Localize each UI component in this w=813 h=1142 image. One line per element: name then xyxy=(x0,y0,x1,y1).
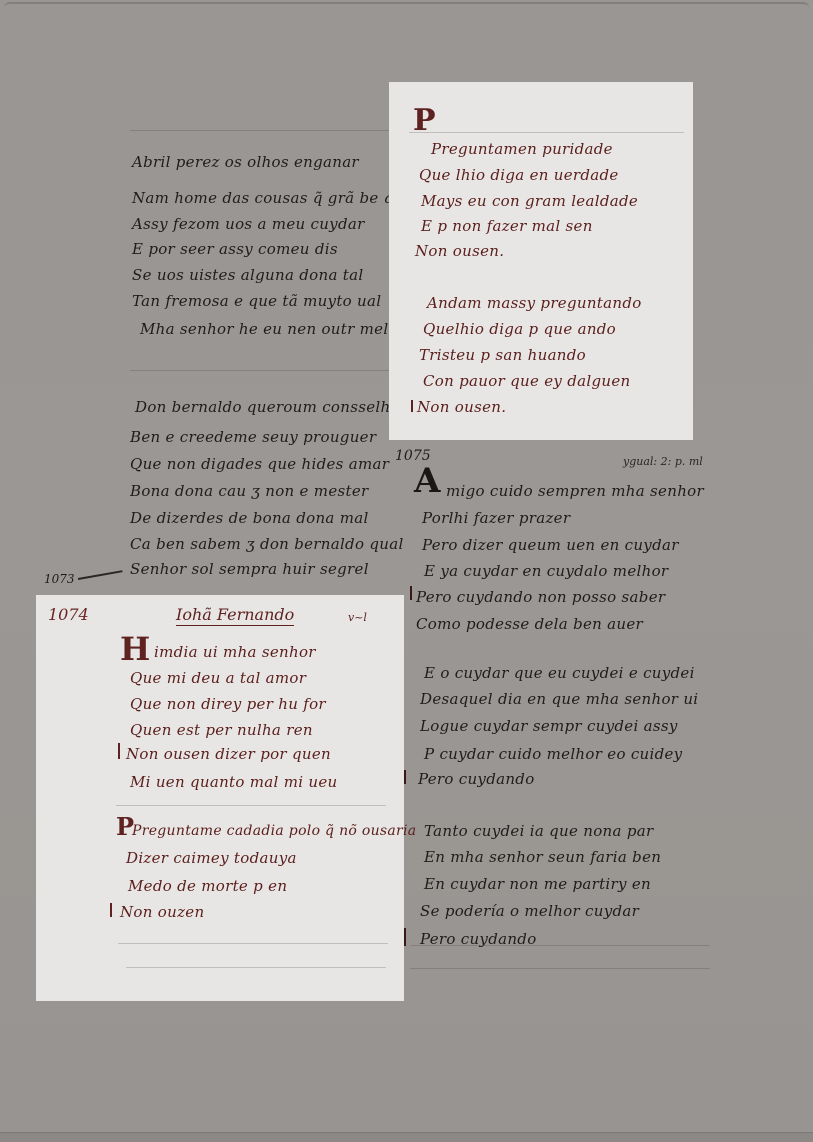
verse-line: Logue cuydar sempr cuydei assy xyxy=(420,717,678,735)
verse-line: Porlhi fazer prazer xyxy=(422,509,570,527)
ruling-line xyxy=(118,943,388,944)
highlight-panel-top-right: P Preguntamen puridade Que lhio diga en … xyxy=(389,82,693,440)
verse-line: Medo de morte p en xyxy=(128,877,287,895)
margin-mark: v~l xyxy=(348,611,367,624)
verse-line: migo cuido sempren mha senhor xyxy=(446,482,704,500)
verse-line: En cuydar non me partiry en xyxy=(424,875,651,893)
dropcap-P: P xyxy=(413,106,436,136)
verse-line: Ca ben sabem ʒ don bernaldo qual xyxy=(130,535,404,553)
verse-line: Assy fezom uos a meu cuydar xyxy=(132,215,365,233)
verse-line: Bona dona cau ʒ non e mester xyxy=(130,482,368,500)
refrain-bracket xyxy=(118,743,120,759)
ruling-line xyxy=(126,967,386,968)
page-top-edge xyxy=(4,2,809,10)
verse-line: Abril perez os olhos enganar xyxy=(132,153,359,171)
verse-line: Mha senhor he eu nen outr melhor xyxy=(140,320,415,338)
verse-line: Nam home das cousas q̃ grã be quer xyxy=(132,189,420,207)
refrain-bracket xyxy=(404,928,406,946)
verse-line: En mha senhor seun faria ben xyxy=(424,848,661,866)
ruling-line xyxy=(130,130,390,131)
ruling-line xyxy=(410,968,710,969)
verse-line: Dizer caimey todauya xyxy=(126,849,297,867)
verse-line: Andam massy preguntando xyxy=(427,294,642,312)
page-bottom-edge xyxy=(0,1132,813,1142)
ruling-line xyxy=(410,945,710,946)
highlight-panel-bottom-left: 1074 Iohã Fernando v~l H imdia ui mha se… xyxy=(36,595,404,1001)
ruling-line xyxy=(409,132,684,133)
verse-line: Mays eu con gram lealdade xyxy=(421,192,638,210)
refrain-bracket xyxy=(410,586,412,600)
verse-line: Quelhio diga p que ando xyxy=(423,320,616,338)
dropcap-A: A xyxy=(414,464,440,498)
verse-line: Pero dizer queum uen en cuydar xyxy=(422,536,679,554)
dropcap-H: H xyxy=(120,633,150,665)
verse-line: Pero cuydando non posso saber xyxy=(416,588,665,606)
margin-pointer-stroke xyxy=(78,570,123,579)
refrain-bracket xyxy=(411,400,413,412)
verse-line: Non ouzen xyxy=(120,903,204,921)
verse-line: Tan fremosa e que tã muyto ual xyxy=(132,292,381,310)
margin-note: ygual: 2: p. ml xyxy=(623,455,703,468)
manuscript-page: Abril perez os olhos enganar Nam home da… xyxy=(0,0,813,1142)
verse-line: E p non fazer mal sen xyxy=(421,217,593,235)
refrain-bracket xyxy=(110,903,112,917)
author-heading: Iohã Fernando xyxy=(176,605,294,626)
verse-line: Mi uen quanto mal mi ueu xyxy=(130,773,338,791)
verse-line: E por seer assy comeu dis xyxy=(132,240,338,258)
verse-line: Como podesse dela ben auer xyxy=(416,615,643,633)
verse-line: E o cuydar que eu cuydei e cuydei xyxy=(424,664,695,682)
verse-line: imdia ui mha senhor xyxy=(154,643,316,661)
poem-number-1074: 1074 xyxy=(48,605,89,624)
verse-line: Ben e creedeme seuy prouguer xyxy=(130,428,376,446)
verse-line: Pero cuydando xyxy=(418,770,535,788)
verse-line: Preguntamen puridade xyxy=(431,140,613,158)
verse-line: Non ousen. xyxy=(417,398,506,416)
verse-line: De dizerdes de bona dona mal xyxy=(130,509,369,527)
poem-number-1073: 1073 xyxy=(44,572,75,586)
verse-line: Con pauor que ey dalguen xyxy=(423,372,630,390)
verse-line: Se uos uistes alguna dona tal xyxy=(132,266,363,284)
verse-line: Que non direy per hu for xyxy=(130,695,326,713)
verse-line: Desaquel dia en que mha senhor ui xyxy=(420,690,698,708)
verse-line: Tristeu p san huando xyxy=(419,346,586,364)
ruling-line xyxy=(116,805,386,806)
verse-line: Que lhio diga en uerdade xyxy=(419,166,619,184)
verse-line: Preguntame cadadia polo q̃ nõ ousaria xyxy=(132,823,416,839)
ruling-line xyxy=(130,370,390,371)
verse-line: Senhor sol sempra huir segrel xyxy=(130,560,369,578)
verse-line: Se podería o melhor cuydar xyxy=(420,902,639,920)
verse-line: Tanto cuydei ia que nona par xyxy=(424,822,653,840)
verse-line: E ya cuydar en cuydalo melhor xyxy=(424,562,668,580)
verse-line: Que non digades que hides amar xyxy=(130,455,389,473)
verse-line: Quen est per nulha ren xyxy=(130,721,313,739)
refrain-bracket xyxy=(404,770,406,784)
verse-line: Non ousen. xyxy=(415,242,504,260)
verse-line: Que mi deu a tal amor xyxy=(130,669,306,687)
verse-line: P cuydar cuido melhor eo cuidey xyxy=(424,745,682,763)
verse-line: Don bernaldo queroum consselhar xyxy=(135,398,407,416)
verse-line: Non ousen dizer por quen xyxy=(126,745,331,763)
